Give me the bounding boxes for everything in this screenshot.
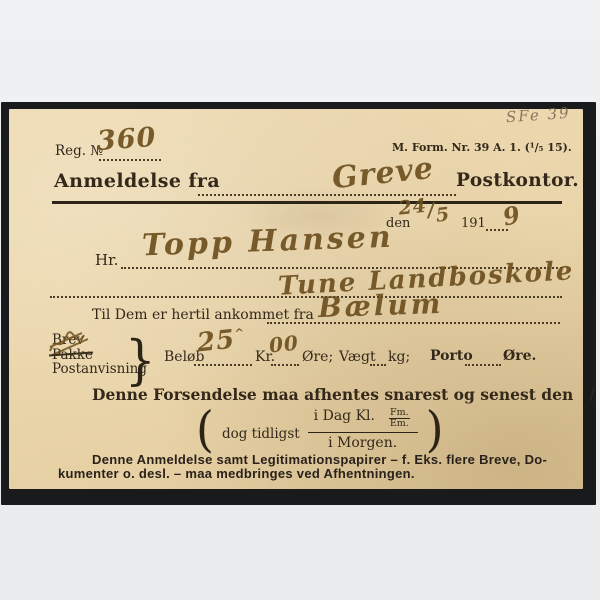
porto-unit-label: Øre. [503, 348, 536, 364]
pickup-fm-em-stack: Fm. Em. [389, 408, 410, 429]
origin-dotted-line [267, 321, 560, 324]
pickup-open-paren: ( [196, 401, 214, 458]
year-printed: 191 [461, 216, 486, 231]
vaegt-dotted-line [370, 363, 386, 366]
date-month: 5 [435, 203, 451, 226]
porto-dotted-line [465, 363, 501, 366]
pickup-tomorrow-label: i Morgen. [308, 433, 418, 451]
form-title-left: Anmeldelse fra [54, 170, 220, 192]
amount-mark: ^ [234, 325, 246, 340]
origin-handwritten: Bælum [317, 287, 443, 324]
oere-handwritten: 00 [268, 331, 300, 358]
amount-value: 25 [196, 325, 237, 359]
reg-number-value-handwritten: 360 [96, 122, 157, 157]
date-day: 24 [397, 195, 428, 220]
pickup-today-label: i Dag Kl. [314, 408, 375, 424]
oere-label: Øre; [302, 349, 333, 365]
item-types-brace: } [125, 329, 156, 392]
amount-handwritten: 25^ [196, 324, 248, 359]
pickup-time-fraction: i Dag Kl. Fm. Em. i Morgen. [308, 408, 418, 451]
header-rule [52, 201, 562, 204]
kg-label: kg; [388, 349, 410, 365]
pickup-prefix: dog tidligst [222, 426, 300, 442]
porto-label: Porto [430, 348, 473, 364]
form-title-right: Postkontor. [456, 170, 579, 191]
amount-dotted-line [194, 363, 252, 366]
footer-text-line1: Denne Anmeldelse samt Legitimationspapir… [92, 452, 547, 467]
pickup-notice-slash: / [589, 385, 595, 405]
pickup-close-paren: ) [426, 401, 444, 458]
date-day-month-handwritten: 24/5 [398, 197, 451, 224]
reg-number-label: Reg. № [55, 143, 103, 159]
pickup-em: Em. [390, 418, 409, 429]
footer-text-line2: kumenter o. desl. – maa medbringes ved A… [58, 466, 415, 481]
oere-dotted-line [271, 363, 299, 366]
photo-of-postal-form: SFe 39 Reg. № 360 M. Form. Nr. 39 A. 1. … [0, 0, 600, 600]
hr-label: Hr. [95, 251, 118, 269]
reg-number-dotted-line [99, 158, 161, 161]
